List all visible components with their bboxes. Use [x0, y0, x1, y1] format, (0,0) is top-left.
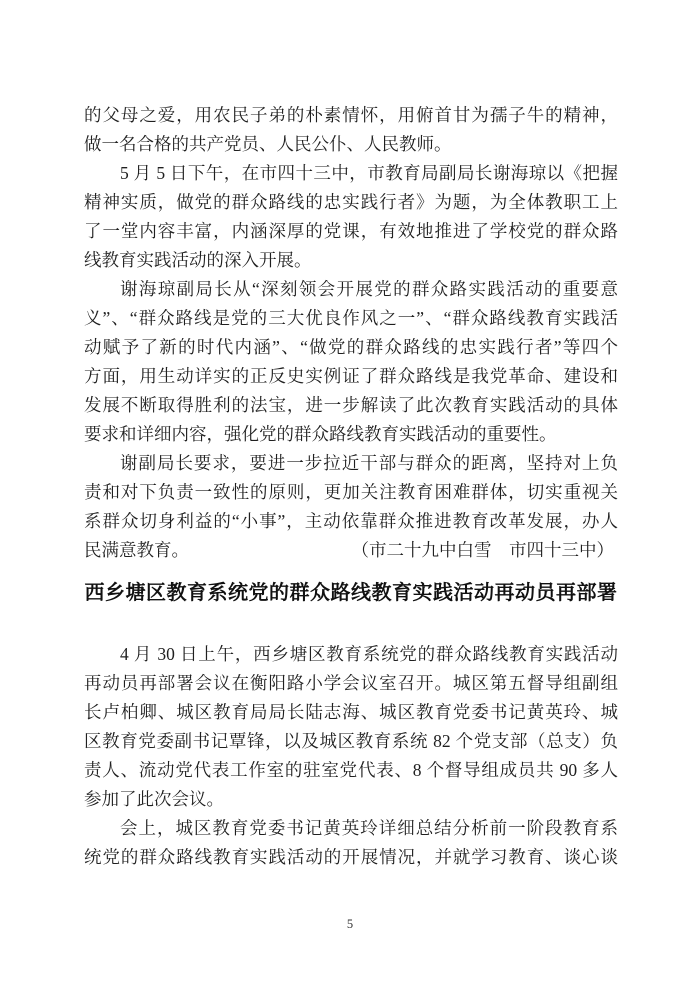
text-line: 5 月 5 日下午，在市四十三中，市教育局副局长谢海琼以《把握 — [84, 159, 618, 188]
text-line: 精神实质，做党的群众路线的忠实践行者》为题，为全体教职工上 — [84, 188, 618, 217]
text-line: 要求和详细内容，强化党的群众路线教育实践活动的重要性。 — [84, 420, 618, 449]
text-line: 系群众切身利益的“小事”，主动依靠群众推进教育改革发展，办人 — [84, 507, 618, 536]
text-line: 线教育实践活动的深入开展。 — [84, 246, 618, 275]
text-line: 方面，用生动详实的正反史实例证了群众路线是我党革命、建设和 — [84, 362, 618, 391]
text-line: 责和对下负责一致性的原则，更加关注教育困难群体，切实重视关 — [84, 478, 618, 507]
text-line: 谢副局长要求，要进一步拉近干部与群众的距离，坚持对上负 — [84, 449, 618, 478]
text-line: 发展不断取得胜利的法宝，进一步解读了此次教育实践活动的具体 — [84, 391, 618, 420]
text-line: 义”、“群众路线是党的三大优良作风之一”、“群众路线教育实践活 — [84, 304, 618, 333]
article-title: 西乡塘区教育系统党的群众路线教育实践活动再动员再部署 — [84, 578, 618, 608]
text-line: 参加了此次会议。 — [84, 785, 618, 814]
text-line: 了一堂内容丰富，内涵深厚的党课，有效地推进了学校党的群众路 — [84, 217, 618, 246]
paragraph-end-text: 民满意教育。 — [84, 536, 189, 565]
document-page: 的父母之爱，用农民子弟的朴素情怀，用俯首甘为孺子牛的精神，做一名合格的共产党员、… — [0, 0, 700, 990]
text-line: 民满意教育。（市二十九中白雪 市四十三中） — [84, 536, 618, 565]
text-line: 的父母之爱，用农民子弟的朴素情怀，用俯首甘为孺子牛的精神， — [84, 101, 618, 130]
text-line: 做一名合格的共产党员、人民公仆、人民教师。 — [84, 130, 618, 159]
text-line: 再动员再部署会议在衡阳路小学会议室召开。城区第五督导组副组 — [84, 669, 618, 698]
page-content: 的父母之爱，用农民子弟的朴素情怀，用俯首甘为孺子牛的精神，做一名合格的共产党员、… — [84, 101, 618, 872]
text-line: 谢海琼副局长从“深刻领会开展党的群众路实践活动的重要意 — [84, 275, 618, 304]
attribution-text: （市二十九中白雪 市四十三中） — [352, 536, 619, 565]
text-line: 责人、流动党代表工作室的驻室党代表、8 个督导组成员共 90 多人 — [84, 756, 618, 785]
text-line: 动赋予了新的时代内涵”、“做党的群众路线的忠实践行者”等四个 — [84, 333, 618, 362]
previous-article-body: 的父母之爱，用农民子弟的朴素情怀，用俯首甘为孺子牛的精神，做一名合格的共产党员、… — [84, 101, 618, 565]
page-number: 5 — [0, 916, 700, 933]
text-line: 长卢柏卿、城区教育局局长陆志海、城区教育党委书记黄英玲、城 — [84, 698, 618, 727]
text-line: 统党的群众路线教育实践活动的开展情况，并就学习教育、谈心谈 — [84, 843, 618, 872]
article-body: 4 月 30 日上午，西乡塘区教育系统党的群众路线教育实践活动再动员再部署会议在… — [84, 640, 618, 872]
text-line: 区教育党委副书记覃锋，以及城区教育系统 82 个党支部（总支）负 — [84, 727, 618, 756]
text-line: 4 月 30 日上午，西乡塘区教育系统党的群众路线教育实践活动 — [84, 640, 618, 669]
text-line: 会上，城区教育党委书记黄英玲详细总结分析前一阶段教育系 — [84, 814, 618, 843]
